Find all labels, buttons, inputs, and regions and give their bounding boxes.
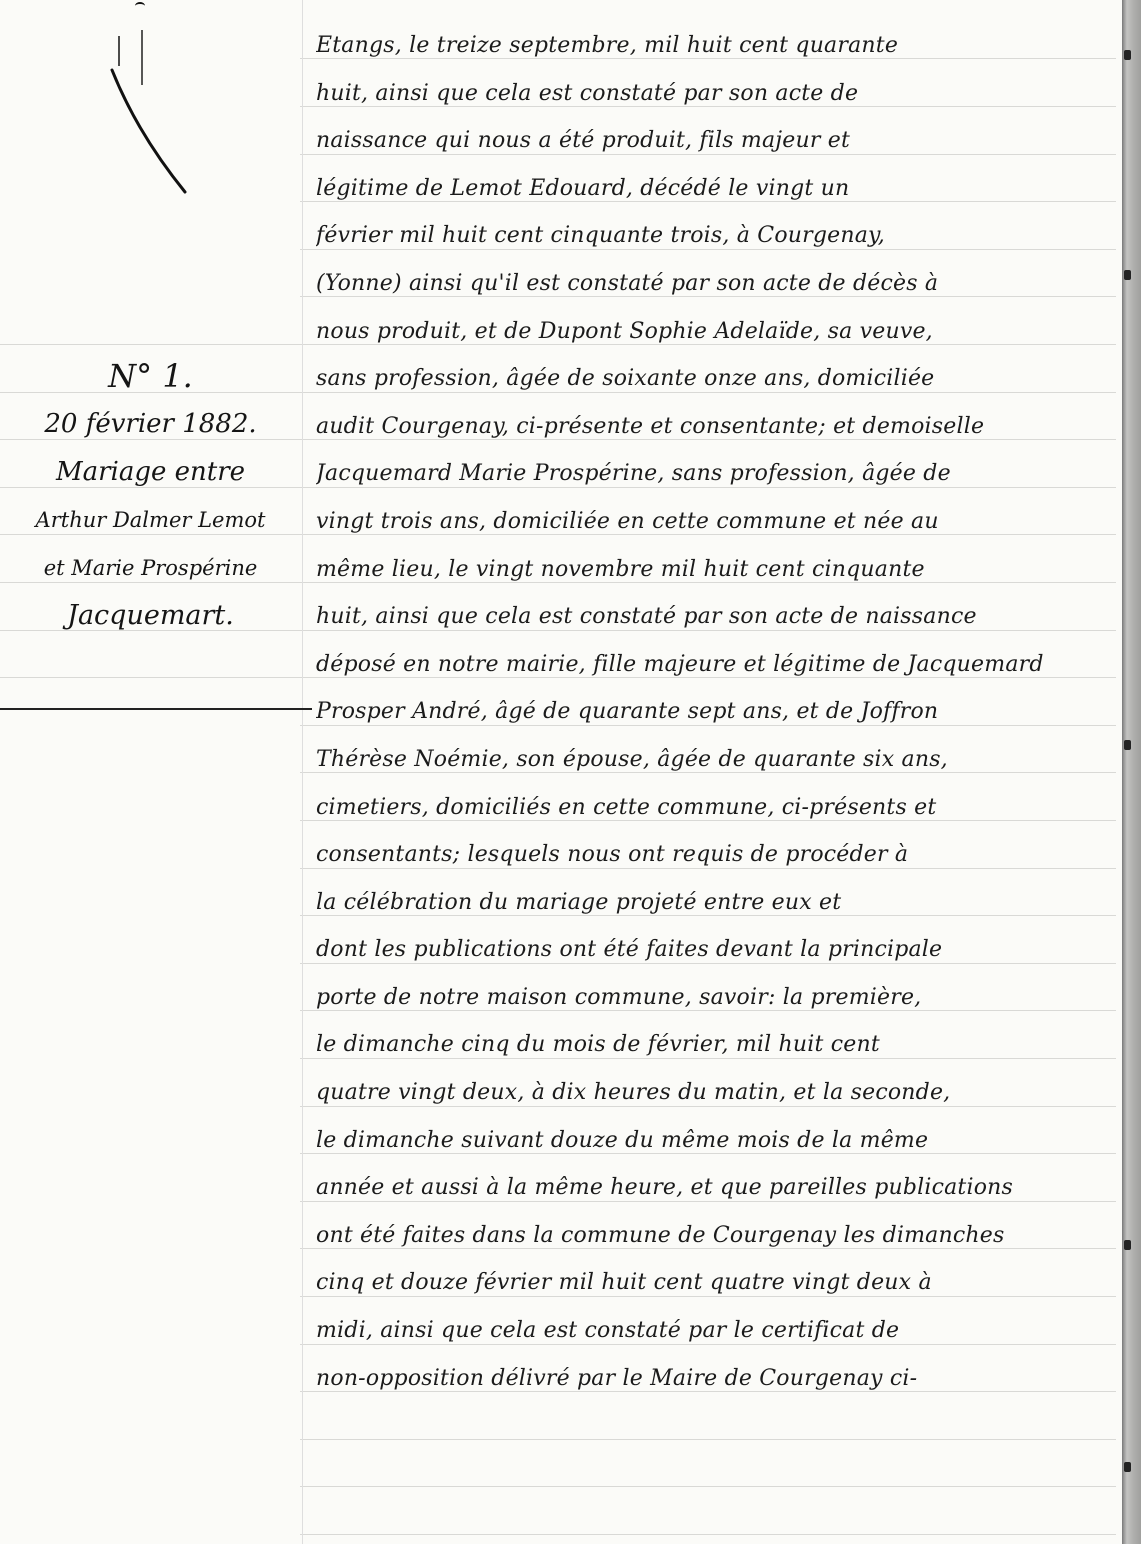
pen-stroke-mark xyxy=(100,60,210,200)
record-body: Etangs, le treize septembre, mil huit ce… xyxy=(316,22,1106,1402)
body-line: nous produit, et de Dupont Sophie Adelaï… xyxy=(316,308,1106,356)
body-line: déposé en notre mairie, fille majeure et… xyxy=(316,641,1106,689)
body-line: Etangs, le treize septembre, mil huit ce… xyxy=(316,22,1106,70)
body-line: (Yonne) ainsi qu'il est constaté par son… xyxy=(316,260,1106,308)
groom-name: Arthur Dalmer Lemot xyxy=(8,496,293,544)
record-title: Mariage entre xyxy=(8,448,293,496)
body-line: ont été faites dans la commune de Courge… xyxy=(316,1212,1106,1260)
body-line: cinq et douze février mil huit cent quat… xyxy=(316,1259,1106,1307)
body-line: huit, ainsi que cela est constaté par so… xyxy=(316,70,1106,118)
margin-separator-line xyxy=(0,708,312,710)
body-line: février mil huit cent cinquante trois, à… xyxy=(316,212,1106,260)
body-line: année et aussi à la même heure, et que p… xyxy=(316,1164,1106,1212)
binding-mark xyxy=(1124,50,1131,60)
binding-mark xyxy=(1124,1462,1131,1472)
body-line: huit, ainsi que cela est constaté par so… xyxy=(316,593,1106,641)
body-line: Jacquemard Marie Prospérine, sans profes… xyxy=(316,450,1106,498)
ruled-line xyxy=(300,1439,1116,1440)
record-number: N° 1. xyxy=(8,352,293,400)
body-line: légitime de Lemot Edouard, décédé le vin… xyxy=(316,165,1106,213)
bride-surname: Jacquemart. xyxy=(8,592,293,640)
margin-note: N° 1. 20 février 1882. Mariage entre Art… xyxy=(8,352,293,640)
body-line: même lieu, le vingt novembre mil huit ce… xyxy=(316,546,1106,594)
body-line: le dimanche cinq du mois de février, mil… xyxy=(316,1021,1106,1069)
margin-line xyxy=(302,0,303,1544)
body-line: quatre vingt deux, à dix heures du matin… xyxy=(316,1069,1106,1117)
body-line: Prosper André, âgé de quarante sept ans,… xyxy=(316,688,1106,736)
body-line: Thérèse Noémie, son épouse, âgée de quar… xyxy=(316,736,1106,784)
binding-mark xyxy=(1124,270,1131,280)
body-line: non-opposition délivré par le Maire de C… xyxy=(316,1355,1106,1403)
body-line: audit Courgenay, ci-présente et consenta… xyxy=(316,403,1106,451)
body-line: sans profession, âgée de soixante onze a… xyxy=(316,355,1106,403)
body-line: le dimanche suivant douze du même mois d… xyxy=(316,1117,1106,1165)
body-line: dont les publications ont été faites dev… xyxy=(316,926,1106,974)
ruled-line xyxy=(300,1486,1116,1487)
body-line: consentants; lesquels nous ont requis de… xyxy=(316,831,1106,879)
body-line: midi, ainsi que cela est constaté par le… xyxy=(316,1307,1106,1355)
document-page: N° 1. 20 février 1882. Mariage entre Art… xyxy=(0,0,1141,1544)
ruled-line xyxy=(300,1534,1116,1535)
body-line: la célébration du mariage projeté entre … xyxy=(316,879,1106,927)
binding-mark xyxy=(1124,1240,1131,1250)
body-line: vingt trois ans, domiciliée en cette com… xyxy=(316,498,1106,546)
binding-mark xyxy=(1124,740,1131,750)
binding-edge xyxy=(1119,0,1141,1544)
bride-name: et Marie Prospérine xyxy=(8,544,293,592)
record-date: 20 février 1882. xyxy=(8,400,293,448)
body-line: porte de notre maison commune, savoir: l… xyxy=(316,974,1106,1022)
body-line: cimetiers, domiciliés en cette commune, … xyxy=(316,784,1106,832)
pen-stroke-mark xyxy=(135,2,145,10)
body-line: naissance qui nous a été produit, fils m… xyxy=(316,117,1106,165)
